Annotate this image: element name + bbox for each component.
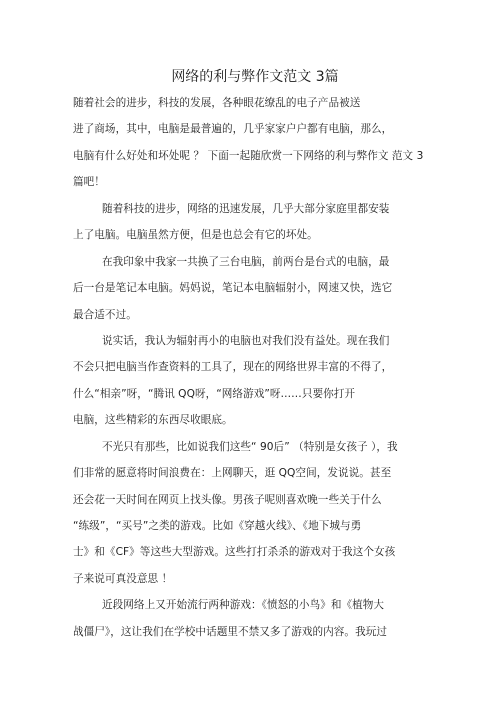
text-line: 进了商场，其中，电脑是最普遍的，几乎家家户户都有电脑，那么， [73,117,433,143]
text-line: 士》和《CF》等这些大型游戏。这些打打杀杀的游戏对于我这个女孩 [73,540,433,566]
text-line: 后一台是笔记本电脑。妈妈说，笔记本电脑辐射小，网速又快，选它 [73,276,433,302]
text-line: “练级”，“买号”之类的游戏。比如《穿越火线》、《地下城与勇 [73,514,433,540]
text-line: 还会花一天时间在网页上找头像。男孩子呢则喜欢晚一些关于什么 [73,488,433,514]
text-line: 最合适不过。 [73,303,433,329]
text-line: 上了电脑。电脑虽然方便，但是也总会有它的坏处。 [73,223,433,249]
paragraph-start-line: 不光只有那些，比如说我们这些“ 90后” （特别是女孩子 ），我 [73,435,433,461]
text-line: 篇吧！ [73,170,433,196]
text-line: 们非常的愿意将时间浪费在：上网聊天，逛 QQ空间，发说说。甚至 [73,461,433,487]
document-title: 网络的利与弊作文范文 3篇 [0,66,500,88]
document-page: 网络的利与弊作文范文 3篇 随着社会的进步，科技的发展，各种眼花缭乱的电子产品被… [0,0,500,708]
text-line: 不会只把电脑当作查资料的工具了，现在的网络世界丰富的不得了， [73,355,433,381]
paragraph-start-line: 说实话，我认为辐射再小的电脑也对我们没有益处。现在我们 [73,329,433,355]
text-line: 什么“相亲”呀，“腾讯 QQ呀，“网络游戏”呀……只要你打开 [73,382,433,408]
document-body: 随着社会的进步，科技的发展，各种眼花缭乱的电子产品被送 进了商场，其中，电脑是最… [73,91,433,646]
text-line: 电脑有什么好处和坏处呢 ？ 下面一起随欣赏一下网络的利与弊作文 范文 3 [73,144,433,170]
text-line: 电脑，这些精彩的东西尽收眼底。 [73,408,433,434]
paragraph-start-line: 在我印象中我家一共换了三台电脑，前两台是台式的电脑，最 [73,250,433,276]
paragraph-start-line: 随着科技的进步，网络的迅速发展，几乎大部分家庭里都安装 [73,197,433,223]
text-line: 战僵尸》，这让我们在学校中话题里不禁又多了游戏的内容。我玩过 [73,620,433,646]
paragraph-start-line: 近段网络上又开始流行两种游戏：《愤怒的小鸟》和《植物大 [73,593,433,619]
text-line: 子来说可真没意思 ！ [73,567,433,593]
text-line: 随着社会的进步，科技的发展，各种眼花缭乱的电子产品被送 [73,91,433,117]
